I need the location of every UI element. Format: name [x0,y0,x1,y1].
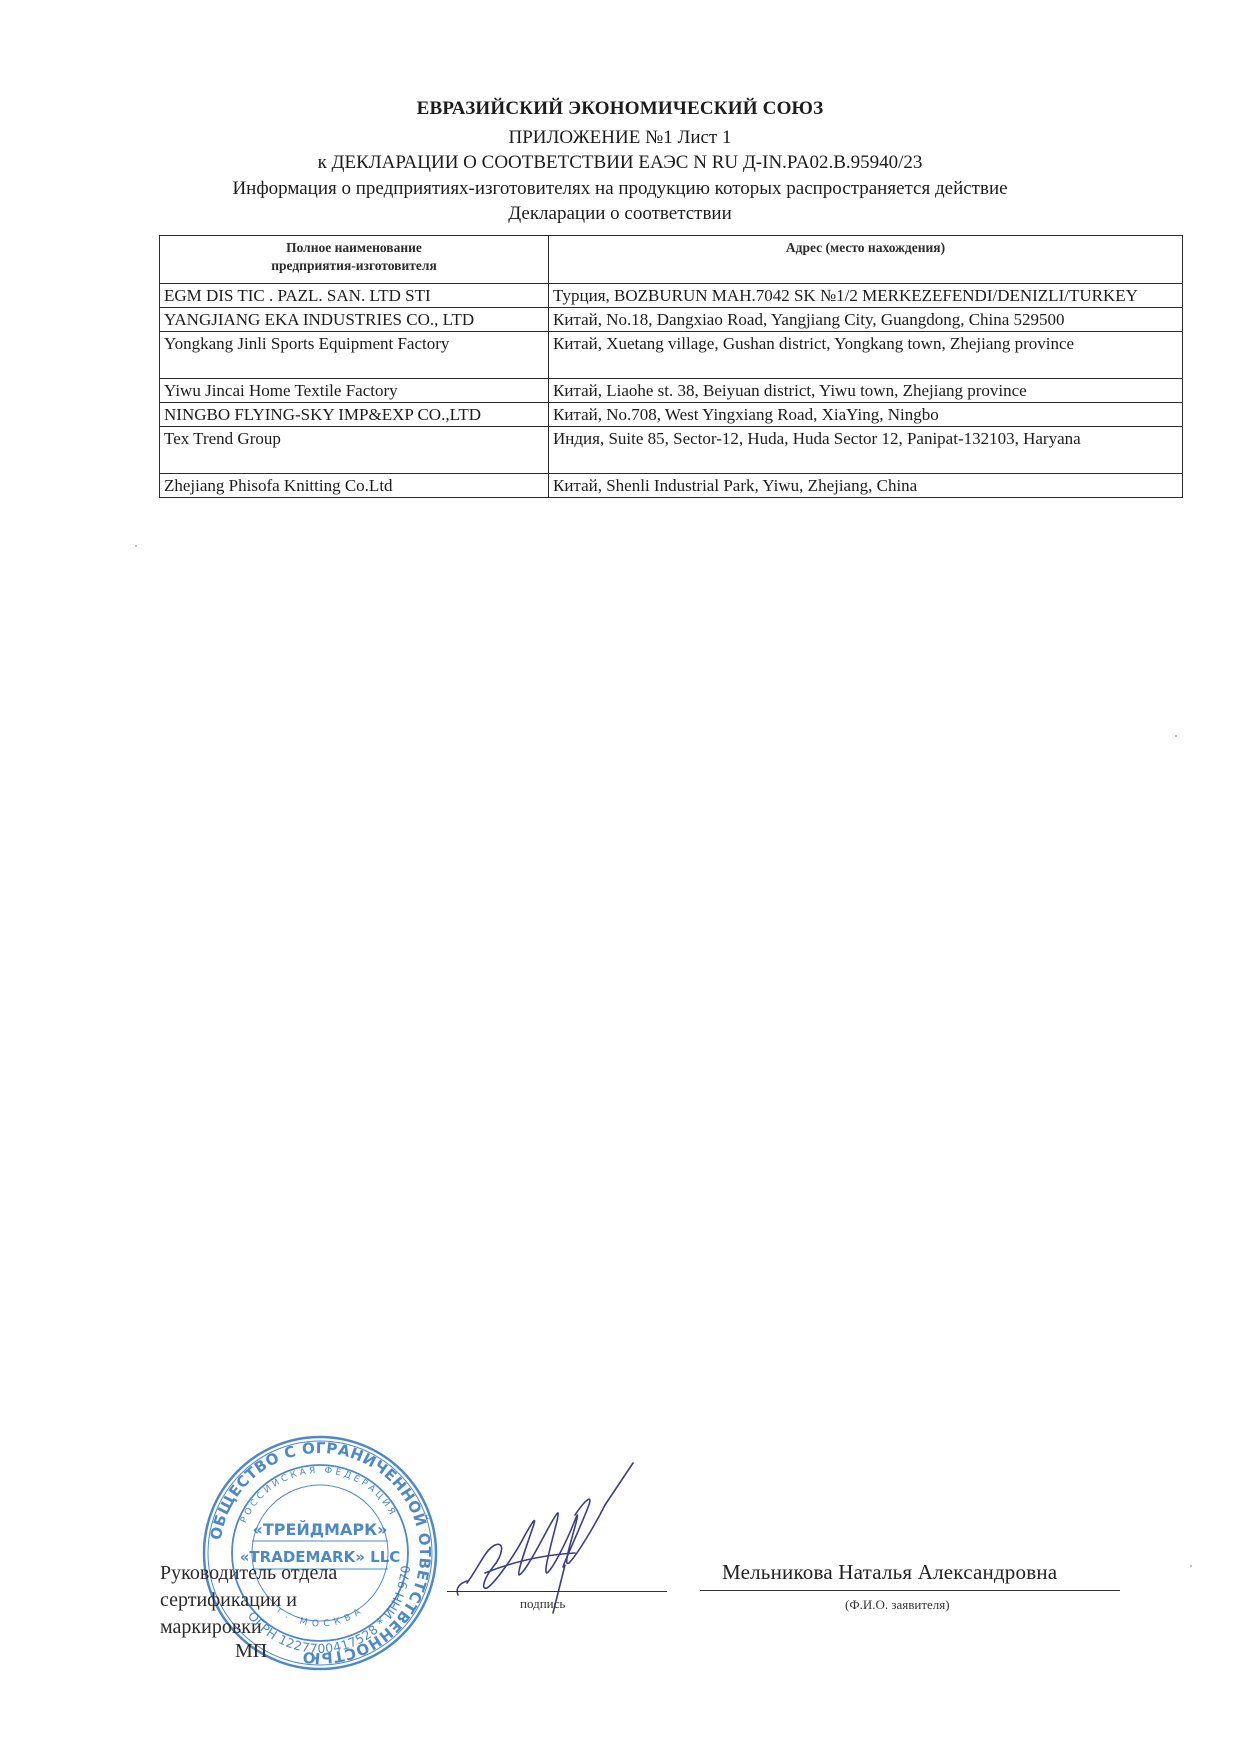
manufacturer-address-cell: Индия, Suite 85, Sector-12, Huda, Huda S… [549,427,1183,474]
manufacturers-table: Полное наименование предприятия-изготови… [159,235,1183,498]
applicant-name-line [700,1590,1120,1591]
appendix-title: ПРИЛОЖЕНИЕ №1 Лист 1 [0,127,1240,149]
signer-role: Руководитель отдела сертификации и марки… [160,1560,337,1641]
manufacturer-address-cell: Турция, BOZBURUN MAH.7042 SK №1/2 MERKEZ… [549,284,1183,308]
column-header-name-line-2: предприятия-изготовителя [271,258,437,273]
signer-role-line-3: маркировки [160,1614,337,1641]
table-row: EGM DIS TIC . PAZL. SAN. LTD STIТурция, … [160,284,1183,308]
manufacturer-name-cell: Tex Trend Group [160,427,549,474]
manufacturer-name-cell: EGM DIS TIC . PAZL. SAN. LTD STI [160,284,549,308]
signature-line [447,1591,667,1592]
signer-role-line-1: Руководитель отдела [160,1560,337,1587]
manufacturer-address-cell: Китай, Shenli Industrial Park, Yiwu, Zhe… [549,474,1183,498]
signature-caption: подпись [520,1596,565,1612]
table-header-row: Полное наименование предприятия-изготови… [160,236,1183,284]
table-row: Tex Trend GroupИндия, Suite 85, Sector-1… [160,427,1183,474]
table-row: Yongkang Jinli Sports Equipment FactoryК… [160,332,1183,379]
applicant-name: Мельникова Наталья Александровна [722,1560,1057,1585]
info-line-2: Декларации о соответствии [0,203,1240,225]
scan-speck [1190,1565,1192,1567]
stamp-company-ru: «ТРЕЙДМАРК» [253,1520,388,1539]
manufacturer-address-cell: Китай, No.708, West Yingxiang Road, XiaY… [549,403,1183,427]
column-header-name-line-1: Полное наименование [286,240,422,255]
table-row: NINGBO FLYING-SKY IMP&EXP CO.,LTDКитай, … [160,403,1183,427]
scan-speck [135,545,137,547]
column-header-name: Полное наименование предприятия-изготови… [160,236,549,284]
manufacturer-name-cell: Yiwu Jincai Home Textile Factory [160,379,549,403]
signer-role-line-2: сертификации и [160,1587,337,1614]
applicant-caption: (Ф.И.О. заявителя) [845,1597,950,1613]
scan-speck [1175,735,1177,737]
manufacturer-address-cell: Китай, Liaohe st. 38, Beiyuan district, … [549,379,1183,403]
table-row: YANGJIANG EKA INDUSTRIES CO., LTDКитай, … [160,308,1183,332]
union-title: ЕВРАЗИЙСКИЙ ЭКОНОМИЧЕСКИЙ СОЮЗ [0,98,1240,120]
manufacturer-name-cell: NINGBO FLYING-SKY IMP&EXP CO.,LTD [160,403,549,427]
manufacturer-address-cell: Китай, No.18, Dangxiao Road, Yangjiang C… [549,308,1183,332]
manufacturer-address-cell: Китай, Xuetang village, Gushan district,… [549,332,1183,379]
declaration-number: к ДЕКЛАРАЦИИ О СООТВЕТСТВИИ ЕАЭС N RU Д-… [0,152,1240,174]
table-row: Yiwu Jincai Home Textile FactoryКитай, L… [160,379,1183,403]
manufacturer-name-cell: Zhejiang Phisofa Knitting Co.Ltd [160,474,549,498]
seal-mark: МП [235,1640,267,1663]
table-row: Zhejiang Phisofa Knitting Co.LtdКитай, S… [160,474,1183,498]
column-header-address: Адрес (место нахождения) [549,236,1183,284]
manufacturer-name-cell: YANGJIANG EKA INDUSTRIES CO., LTD [160,308,549,332]
manufacturer-name-cell: Yongkang Jinli Sports Equipment Factory [160,332,549,379]
info-line-1: Информация о предприятиях-изготовителях … [0,178,1240,200]
